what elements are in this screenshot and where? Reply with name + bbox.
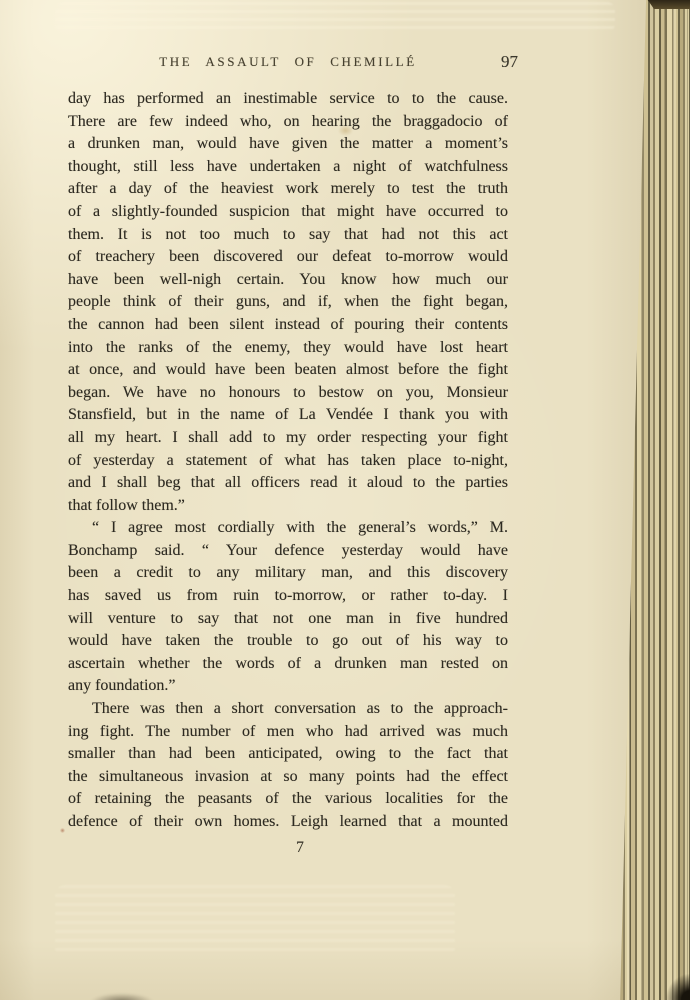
body-line: been a credit to any military man, and t… [68, 562, 508, 585]
signature-mark: 7 [80, 837, 520, 860]
body-line: of treachery been discovered our defeat … [68, 246, 508, 269]
body-lines: day has performed an inestimable service… [68, 88, 508, 834]
paper-smudge [90, 993, 154, 1000]
body-line: after a day of the heaviest work merely … [68, 178, 508, 201]
body-line: There are few indeed who, on hearing the… [68, 111, 508, 134]
corner-shadow [666, 974, 690, 1000]
body-line: of yesterday a statement of what has tak… [68, 450, 508, 473]
body-line: a drunken man, would have given the matt… [68, 133, 508, 156]
book-page-scan: THE ASSAULT OF CHEMILLÉ 97 day has perfo… [0, 0, 690, 1000]
body-line: There was then a short conversation as t… [68, 698, 508, 721]
book-fore-edge [618, 0, 690, 1000]
body-text: day has performed an inestimable service… [68, 88, 508, 859]
body-line: ing fight. The number of men who had arr… [68, 721, 508, 744]
body-line: any foundation.” [68, 675, 508, 698]
page-number: 97 [501, 52, 518, 72]
page-edge-stripes [618, 0, 690, 1000]
body-line: people think of their guns, and if, when… [68, 291, 508, 314]
body-line: has saved us from ruin to-morrow, or rat… [68, 585, 508, 608]
body-line: of a slightly-founded suspicion that mig… [68, 201, 508, 224]
body-line: will venture to say that not one man in … [68, 608, 508, 631]
paper-streaks-top [55, 2, 615, 32]
body-line: have been well-nigh certain. You know ho… [68, 269, 508, 292]
body-line: into the ranks of the enemy, they would … [68, 337, 508, 360]
body-line: Bonchamp said. “ Your defence yesterday … [68, 540, 508, 563]
body-line: them. It is not too much to say that had… [68, 224, 508, 247]
body-line: “ I agree most cordially with the genera… [68, 517, 508, 540]
body-line: Stansfield, but in the name of La Vendée… [68, 404, 508, 427]
paper-streaks-bottom [55, 885, 455, 957]
body-line: would have taken the trouble to go out o… [68, 630, 508, 653]
body-line: day has performed an inestimable service… [68, 88, 508, 111]
body-line: the cannon had been silent instead of po… [68, 314, 508, 337]
paper-speck [60, 828, 65, 833]
running-header: THE ASSAULT OF CHEMILLÉ [68, 54, 508, 76]
body-line: thought, still less have undertaken a ni… [68, 156, 508, 179]
body-line: and I shall beg that all officers read i… [68, 472, 508, 495]
chapter-title: THE ASSAULT OF CHEMILLÉ [68, 54, 508, 70]
body-line: that follow them.” [68, 495, 508, 518]
body-line: began. We have no honours to bestow on y… [68, 382, 508, 405]
body-line: of retaining the peasants of the various… [68, 788, 508, 811]
body-line: ascertain whether the words of a drunken… [68, 653, 508, 676]
body-line: all my heart. I shall add to my order re… [68, 427, 508, 450]
body-line: defence of their own homes. Leigh learne… [68, 811, 508, 834]
body-line: smaller than had been anticipated, owing… [68, 743, 508, 766]
body-line: the simultaneous invasion at so many poi… [68, 766, 508, 789]
body-line: at once, and would have been beaten almo… [68, 359, 508, 382]
